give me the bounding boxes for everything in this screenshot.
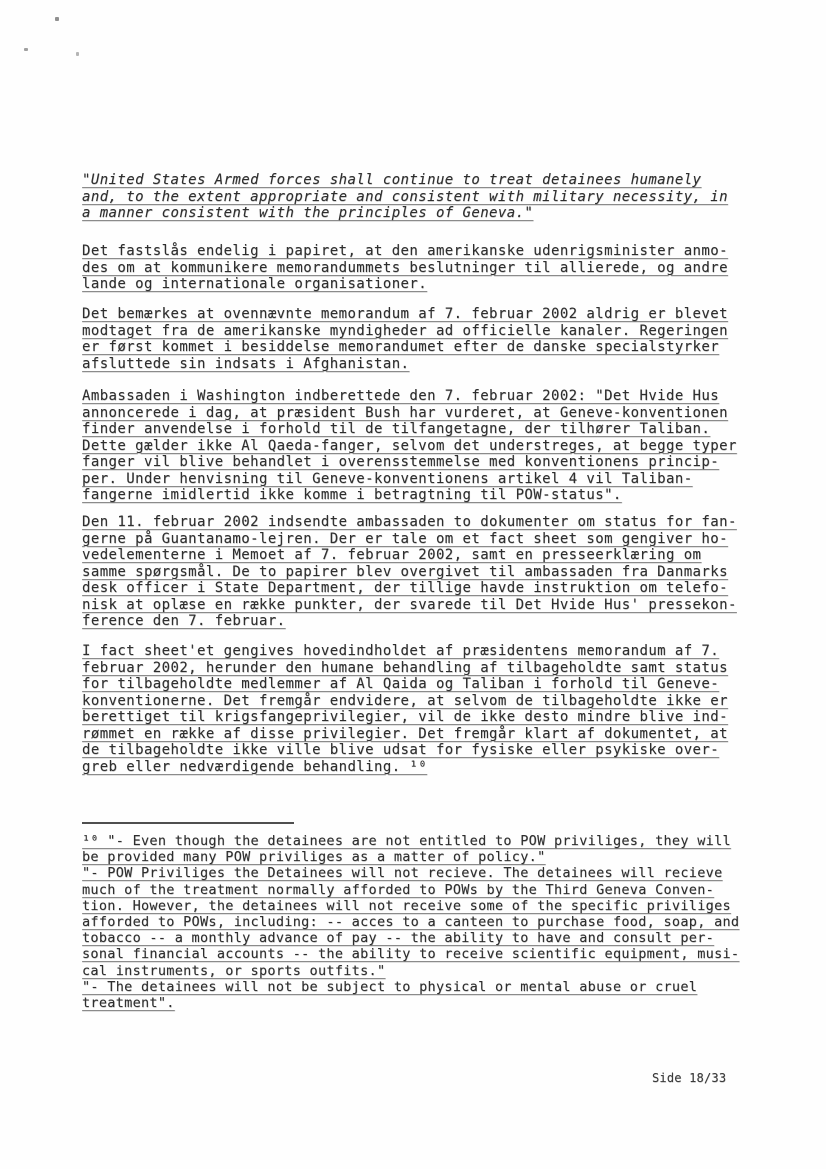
quoted-passage: "United States Armed forces shall contin… [82,172,802,222]
body-paragraph: Ambassaden i Washington indberettede den… [82,388,802,504]
page-number: Side 18/33 [652,1071,726,1085]
body-paragraph: I fact sheet'et gengives hovedindholdet … [82,643,802,775]
body-paragraph: Det bemærkes at ovennævnte memorandum af… [82,306,802,372]
footnote-separator [82,822,294,824]
scanned-document-page: "United States Armed forces shall contin… [0,0,826,1169]
scan-speck [76,52,79,56]
scan-speck [24,48,28,51]
body-paragraph: Den 11. februar 2002 indsendte ambassade… [82,514,802,630]
scan-speck [55,17,59,21]
footnote-text: ¹⁰ "- Even though the detainees are not … [82,833,802,1011]
body-paragraph: Det fastslås endelig i papiret, at den a… [82,243,802,293]
